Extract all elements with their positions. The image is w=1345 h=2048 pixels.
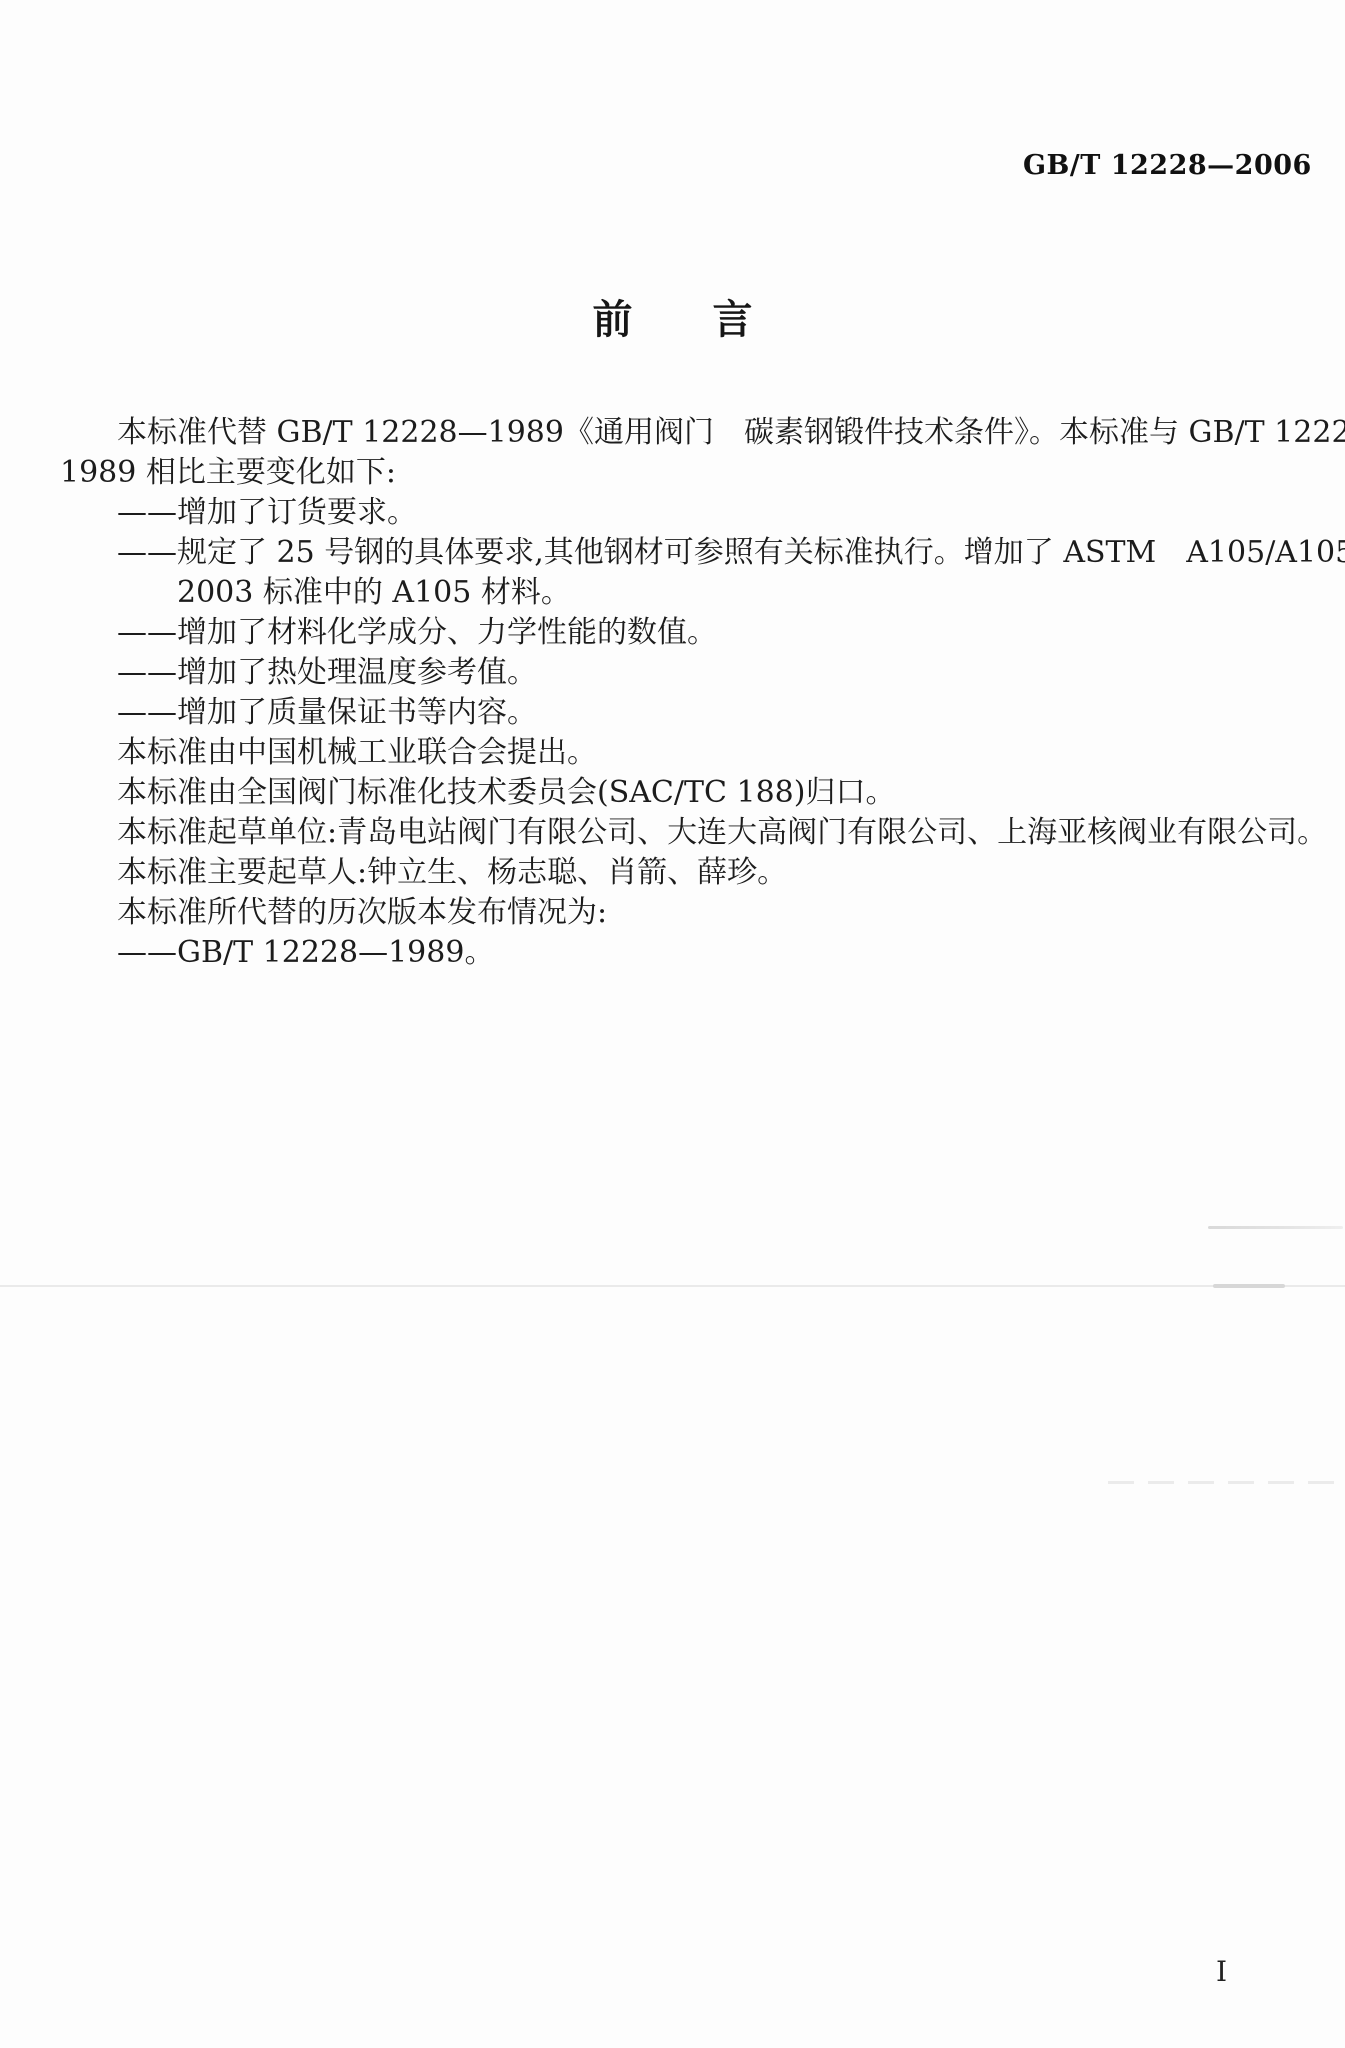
foreword-line: ——规定了 25 号钢的具体要求,其他钢材可参照有关标准执行。增加了 ASTM … (60, 533, 1300, 573)
scan-smudge-line (1208, 1226, 1343, 1229)
foreword-line: ——GB/T 12228—1989。 (60, 933, 1300, 973)
scan-fold-mark (1213, 1284, 1285, 1288)
foreword-line: 本标准主要起草人:钟立生、杨志聪、肖箭、薛珍。 (60, 853, 1300, 893)
foreword-line: 本标准所代替的历次版本发布情况为: (60, 893, 1300, 933)
foreword-body: 本标准代替 GB/T 12228—1989《通用阀门 碳素钢锻件技术条件》。本标… (60, 413, 1300, 973)
foreword-line: 1989 相比主要变化如下: (60, 453, 1300, 493)
foreword-line: 本标准起草单位:青岛电站阀门有限公司、大连大高阀门有限公司、上海亚核阀业有限公司… (60, 813, 1300, 853)
document-page: GB/T 12228—2006 前 言 本标准代替 GB/T 12228—198… (0, 0, 1345, 2048)
foreword-line: 2003 标准中的 A105 材料。 (60, 573, 1300, 613)
standard-code: GB/T 12228—2006 (1023, 150, 1253, 181)
foreword-line: ——增加了质量保证书等内容。 (60, 693, 1300, 733)
scan-fold-line (0, 1285, 1345, 1287)
foreword-line: 本标准由全国阀门标准化技术委员会(SAC/TC 188)归口。 (60, 773, 1300, 813)
page-number: I (1216, 1955, 1227, 1988)
foreword-line: 本标准代替 GB/T 12228—1989《通用阀门 碳素钢锻件技术条件》。本标… (60, 413, 1300, 453)
foreword-line: ——增加了热处理温度参考值。 (60, 653, 1300, 693)
foreword-line: ——增加了材料化学成分、力学性能的数值。 (60, 613, 1300, 653)
foreword-line: 本标准由中国机械工业联合会提出。 (60, 733, 1300, 773)
foreword-line: ——增加了订货要求。 (60, 493, 1300, 533)
page-title: 前 言 (0, 288, 1345, 345)
scan-smudge-dashes (1108, 1481, 1345, 1484)
